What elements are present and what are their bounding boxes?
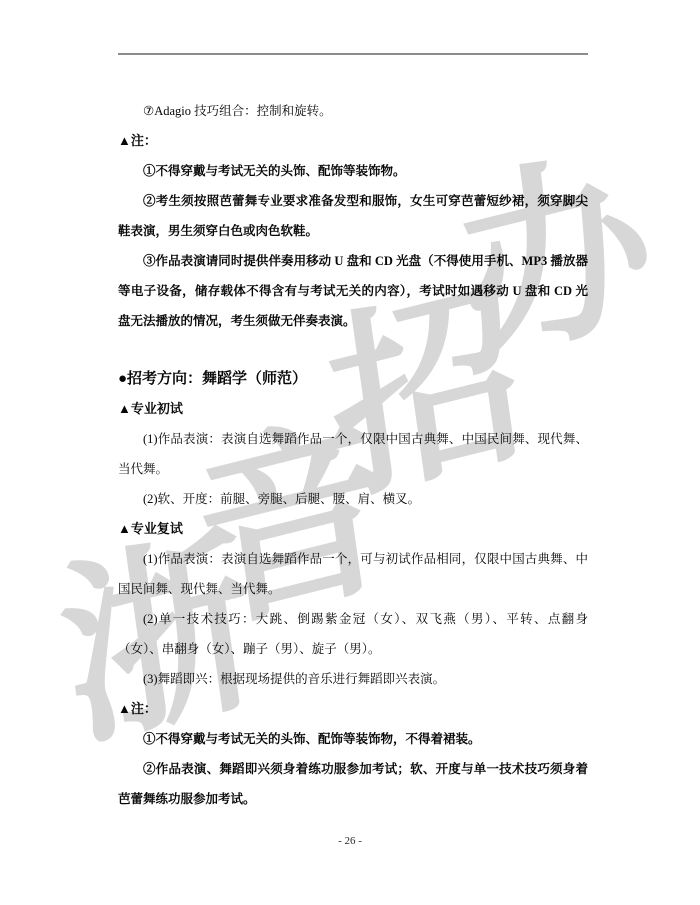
second-round-item-2: (2)单一技术技巧：大跳、倒踢紫金冠（女）、双飞燕（男）、平转、点翻身（女）、串… <box>118 604 588 664</box>
paragraph-adagio: ⑦Adagio 技巧组合：控制和旋转。 <box>118 96 588 126</box>
section-heading-dance-pedagogy: ●招考方向：舞蹈学（师范） <box>118 364 588 394</box>
first-round-item-2: (2)软、开度：前腿、旁腿、后腿、腰、肩、横叉。 <box>118 484 588 514</box>
second-round-item-1: (1)作品表演：表演自选舞蹈作品一个，可与初试作品相同，仅限中国古典舞、中国民间… <box>118 544 588 604</box>
note2-item-2: ②作品表演、舞蹈即兴须身着练功服参加考试；软、开度与单一技术技巧须身着芭蕾舞练功… <box>118 754 588 814</box>
first-round-item-1: (1)作品表演：表演自选舞蹈作品一个，仅限中国古典舞、中国民间舞、现代舞、当代舞… <box>118 424 588 484</box>
note2-item-1: ①不得穿戴与考试无关的头饰、配饰等装饰物，不得着裙装。 <box>118 724 588 754</box>
second-round-item-3: (3)舞蹈即兴：根据现场提供的音乐进行舞蹈即兴表演。 <box>118 664 588 694</box>
note1-item-3: ③作品表演请同时提供伴奏用移动 U 盘和 CD 光盘（不得使用手机、MP3 播放… <box>118 246 588 336</box>
note1-item-2: ②考生须按照芭蕾舞专业要求准备发型和服饰，女生可穿芭蕾短纱裙，须穿脚尖鞋表演，男… <box>118 186 588 246</box>
page-number: - 26 - <box>0 835 700 847</box>
document-page: 浙 音 招 办 ⑦Adagio 技巧组合：控制和旋转。 ▲注： ①不得穿戴与考试… <box>0 0 700 905</box>
note1-title: ▲注： <box>118 126 588 156</box>
header-rule <box>118 53 588 55</box>
document-body: ⑦Adagio 技巧组合：控制和旋转。 ▲注： ①不得穿戴与考试无关的头饰、配饰… <box>118 96 588 814</box>
first-round-title: ▲专业初试 <box>118 394 588 424</box>
note1-item-1: ①不得穿戴与考试无关的头饰、配饰等装饰物。 <box>118 156 588 186</box>
note2-title: ▲注： <box>118 694 588 724</box>
second-round-title: ▲专业复试 <box>118 514 588 544</box>
